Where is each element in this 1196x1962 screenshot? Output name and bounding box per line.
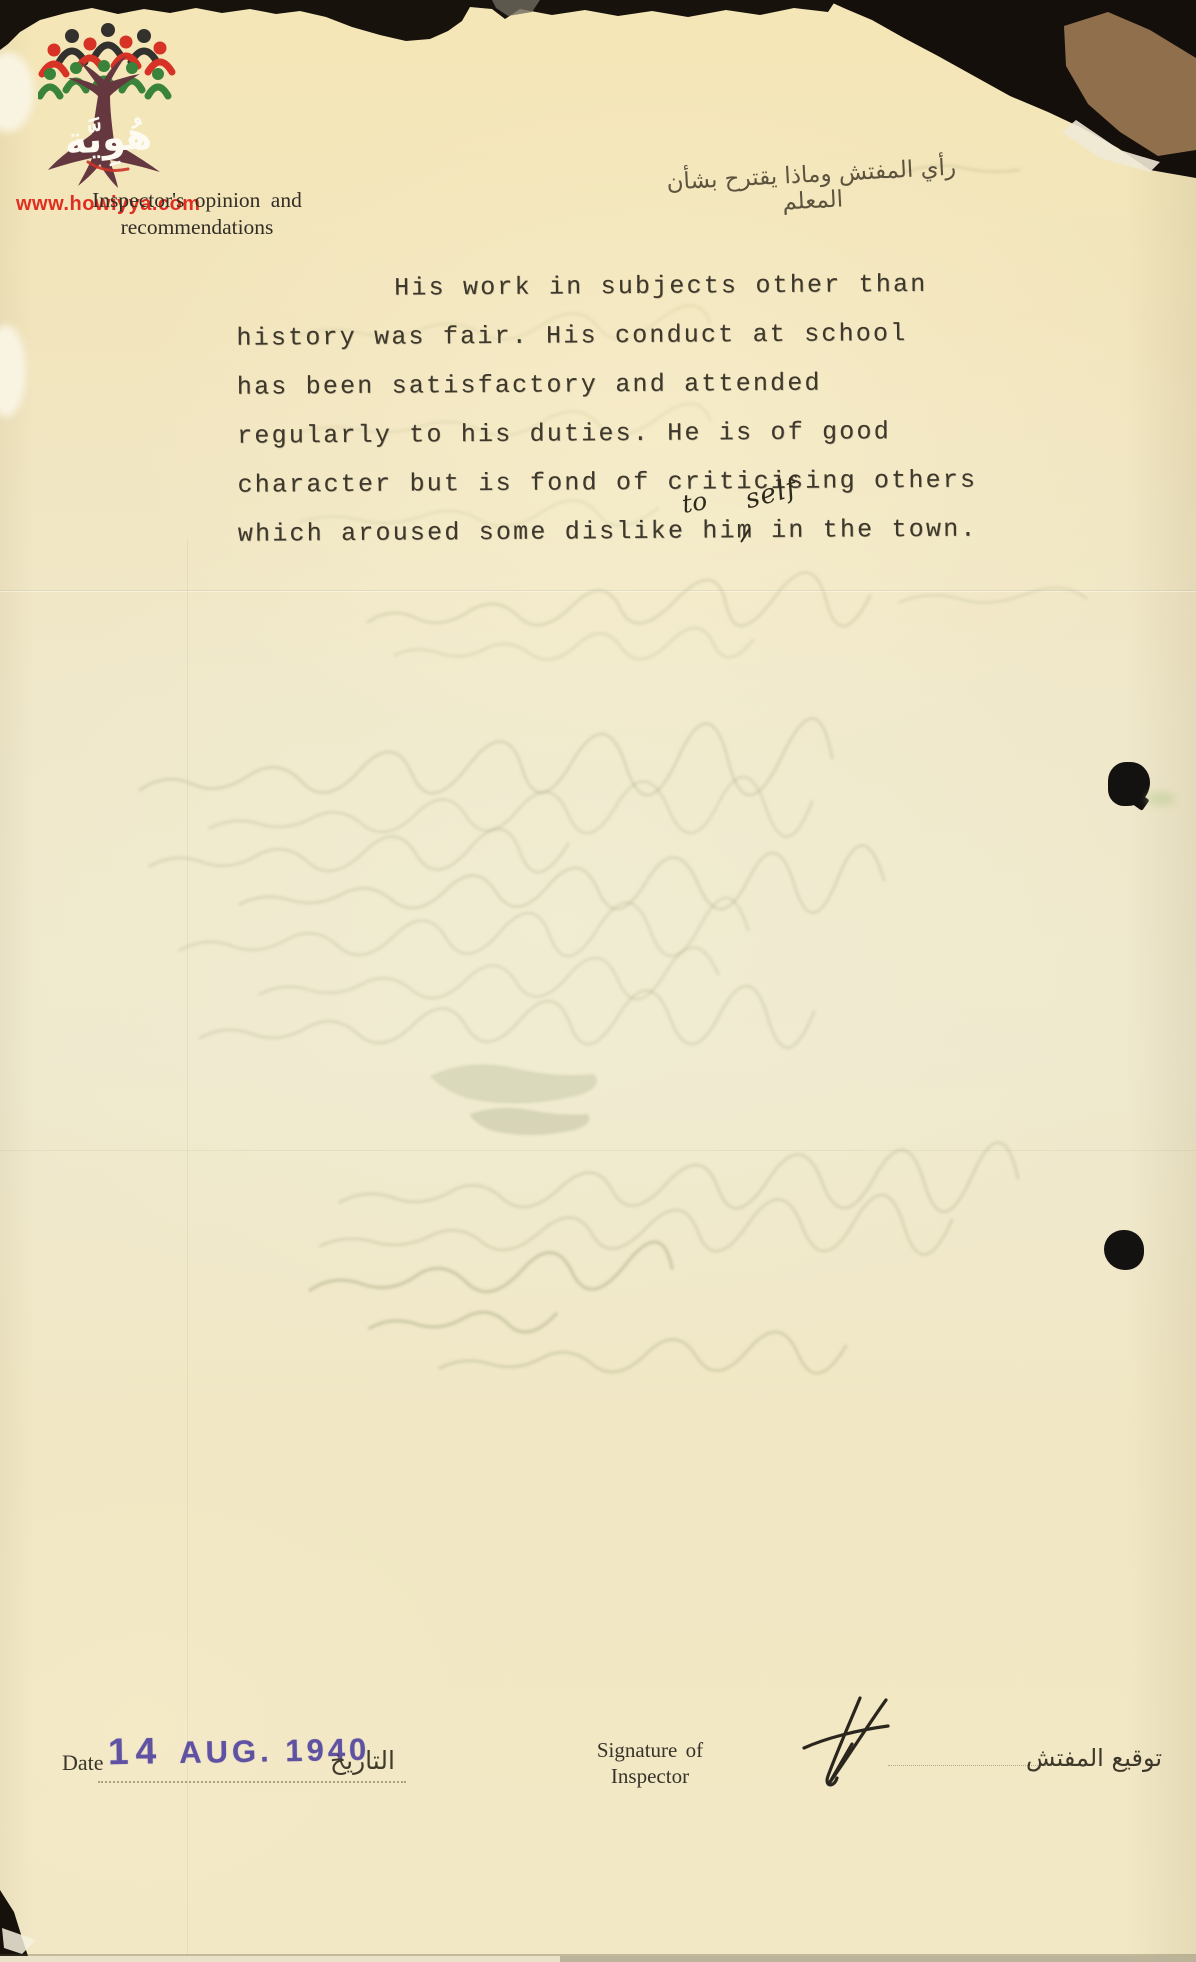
report-line: His work in subjects other than (236, 259, 1026, 314)
date-stamp-day: 14 (108, 1730, 164, 1773)
handwritten-insertion-to: to (680, 486, 710, 519)
inspector-signature-icon (790, 1688, 900, 1793)
report-paragraph: His work in subjects other than history … (236, 259, 1028, 559)
signature-label-line-2: Inspector (552, 1763, 748, 1789)
signature-label: Signature of Inspector (552, 1737, 748, 1789)
title-line-1: Inspector's opinion and (58, 187, 336, 214)
scanned-document-page: هُوِيَّة www.howiyya.com Inspector's opi… (0, 0, 1196, 1962)
title-line-2: recommendations (58, 214, 336, 241)
punch-hole-bottom (1104, 1230, 1144, 1270)
date-label-arabic: التاريخ (330, 1746, 395, 1775)
punch-hole-smudge (1147, 792, 1175, 806)
report-line: history was fair. His conduct at school (236, 308, 1026, 363)
punch-hole-top (1108, 762, 1150, 806)
date-label: Date (62, 1750, 104, 1776)
signature-label-arabic: توقيع المفتش (1026, 1744, 1176, 1772)
signature-label-line-1: Signature of (552, 1737, 748, 1763)
report-line: which aroused some dislike him in the to… (238, 504, 1028, 559)
tree-logo-icon: هُوِيَّة (38, 22, 180, 198)
bottom-edge (0, 1882, 1196, 1962)
date-dotted-line (98, 1781, 406, 1783)
report-line: character but is fond of criticising oth… (237, 455, 1027, 510)
page-title-english: Inspector's opinion and recommendations (58, 187, 336, 241)
report-line: has been satisfactory and attended (237, 357, 1027, 412)
report-line: regularly to his duties. He is of good (237, 406, 1027, 461)
